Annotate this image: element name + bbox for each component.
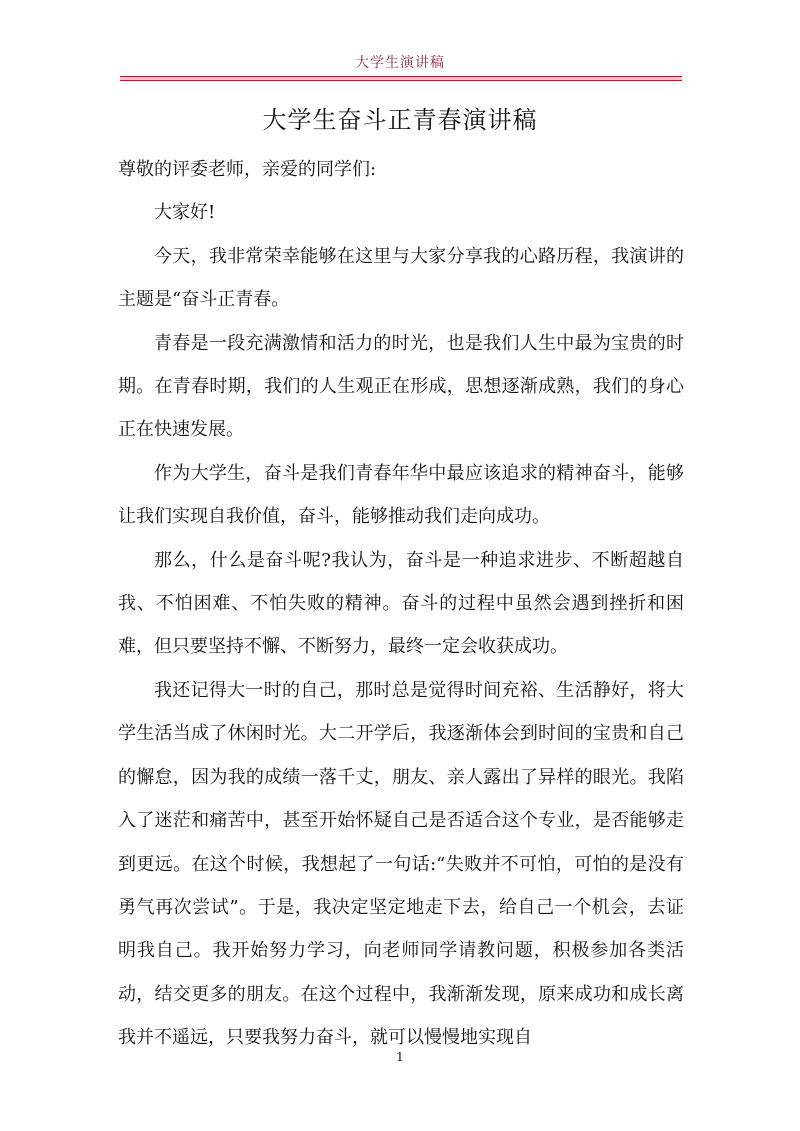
paragraph: 青春是一段充满激情和活力的时光，也是我们人生中最为宝贵的时期。在青春时期，我们的… <box>118 322 684 452</box>
paragraph-greeting: 大家好! <box>118 191 684 234</box>
paragraph: 作为大学生，奋斗是我们青春年华中最应该追求的精神奋斗，能够让我们实现自我价值，奋… <box>118 452 684 539</box>
salutation: 尊敬的评委老师，亲爱的同学们: <box>118 148 684 191</box>
paragraph: 今天，我非常荣幸能够在这里与大家分享我的心路历程，我演讲的主题是“奋斗正青春。 <box>118 235 684 322</box>
document-title: 大学生奋斗正青春演讲稿 <box>0 100 800 135</box>
document-body: 尊敬的评委老师，亲爱的同学们: 大家好! 今天，我非常荣幸能够在这里与大家分享我… <box>118 148 684 1060</box>
header-double-rule <box>120 76 682 81</box>
paragraph: 那么，什么是奋斗呢?我认为，奋斗是一种追求进步、不断超越自我、不怕困难、不怕失败… <box>118 539 684 669</box>
paragraph: 我还记得大一时的自己，那时总是觉得时间充裕、生活静好，将大学生活当成了休闲时光。… <box>118 669 684 1060</box>
page-number: 1 <box>0 1050 800 1064</box>
running-header-title: 大学生演讲稿 <box>0 52 800 72</box>
